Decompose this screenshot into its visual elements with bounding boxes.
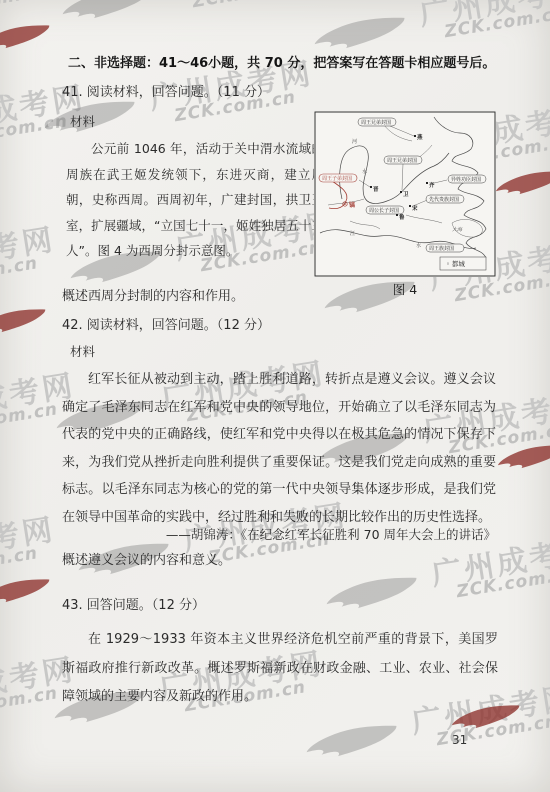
svg-text:周王兄弟封国: 周王兄弟封国 xyxy=(361,119,391,126)
svg-text:◦ 都城: ◦ 都城 xyxy=(446,259,465,268)
city-marker: 宋 xyxy=(409,204,418,212)
q41-material-label: 材料 xyxy=(70,114,95,129)
svg-text:晋: 晋 xyxy=(373,185,379,193)
q42-question: 概述遵义会议的内容和意义。 xyxy=(62,553,231,569)
watermark-site-url: ZCK.com.cn xyxy=(192,0,336,11)
leader-line xyxy=(390,126,414,136)
map-label-box: 异姓功臣封国 xyxy=(448,175,486,183)
map-label-box: 周王兄弟封国 xyxy=(384,156,422,164)
watermark: 广州成考网ZCK.com.cn xyxy=(0,225,59,294)
map-western-zhou-fengjian: 周王兄弟封国 周王兄弟封国 周王子弟封国 异姓功臣封国 先代贵族封国 周公长子封… xyxy=(314,111,496,277)
watermark-site-url: ZCK.com.cn xyxy=(0,252,59,291)
watermark-site-name: 广州成考网 xyxy=(0,0,65,9)
watermark-site-name: 广州成考网 xyxy=(0,225,57,280)
svg-text:周王子弟封国: 周王子弟封国 xyxy=(322,175,352,182)
swoosh-logo-icon xyxy=(314,570,430,619)
city-marker: 燕 xyxy=(414,133,423,141)
q42-title: 42. 阅读材料，回答问题。（12 分） xyxy=(62,318,270,334)
svg-text:异姓功臣封国: 异姓功臣封国 xyxy=(451,176,481,183)
watermark: 广州成考网ZCK.com.cn xyxy=(166,0,336,15)
watermark-site-url: ZCK.com.cn xyxy=(0,0,67,19)
red-swoosh-logo-icon xyxy=(0,21,53,56)
svg-text:卫: 卫 xyxy=(403,190,409,198)
svg-text:镐: 镐 xyxy=(348,201,355,209)
leader-line xyxy=(359,180,370,187)
svg-text:燕: 燕 xyxy=(417,133,423,141)
red-swoosh-logo-icon xyxy=(493,167,550,202)
map-label-box: 周公长子封国 xyxy=(366,206,404,214)
svg-text:齐: 齐 xyxy=(429,181,435,189)
watermark-site-name: 广州成考网 xyxy=(166,0,334,1)
river-label: 水 xyxy=(362,168,367,175)
leader-line xyxy=(402,164,403,190)
figure-caption: 图 4 xyxy=(314,280,496,298)
q41-question: 概述西周分封制的内容和作用。 xyxy=(62,289,244,305)
watermark-site-name: 广州成考网 xyxy=(430,535,550,590)
q43-text: 在 1929～1933 年资本主义世界经济危机空前严重的背景下，美国罗斯福政府推… xyxy=(62,626,498,712)
watermark: 广州成考网ZCK.com.cn xyxy=(0,0,67,23)
city-marker: 鲁 xyxy=(396,213,405,221)
q42-material-text: 红军长征从被动到主动，踏上胜利道路，转折点是遵义会议。遵义会议确定了毛泽东同志在… xyxy=(62,366,496,531)
map-coastline xyxy=(434,117,486,258)
red-swoosh-logo-icon xyxy=(495,441,550,476)
watermark-site-name: 广州成考网 xyxy=(418,0,550,31)
section-header: 二、非选择题：41～46小题，共 70 分，把答案写在答题卡相应题号后。 xyxy=(68,56,498,72)
city-marker: 晋 xyxy=(370,185,379,193)
svg-text:周王兄弟封国: 周王兄弟封国 xyxy=(387,157,417,164)
sea-label: 大海 xyxy=(452,226,463,233)
red-swoosh-logo-icon xyxy=(0,575,53,610)
q43-title: 43. 回答问题。（12 分） xyxy=(62,598,205,614)
q41-title: 41. 阅读材料，回答问题。（11 分） xyxy=(62,85,270,101)
svg-text:周王族封国: 周王族封国 xyxy=(429,245,454,252)
watermark: 广州成考网ZCK.com.cn xyxy=(0,515,59,584)
red-swoosh-logo-icon xyxy=(0,305,49,340)
svg-text:周公长子封国: 周公长子封国 xyxy=(369,207,399,214)
city-marker: 卫 xyxy=(400,190,409,198)
figure-map-western-zhou: 周王兄弟封国 周王兄弟封国 周王子弟封国 异姓功臣封国 先代贵族封国 周公长子封… xyxy=(314,111,496,298)
river-label: 江 xyxy=(350,230,355,237)
watermark-site-url: ZCK.com.cn xyxy=(0,542,59,581)
svg-text:宋: 宋 xyxy=(412,204,418,212)
river-label: 河 xyxy=(352,138,357,145)
q42-material-label: 材料 xyxy=(70,344,95,359)
page-number: 31 xyxy=(452,733,467,747)
map-legend: ◦ 都城 xyxy=(440,257,486,270)
swoosh-logo-icon xyxy=(294,718,410,767)
map-label-box: 先代贵族封国 xyxy=(426,195,464,203)
scanned-exam-page: 广州成考网ZCK.com.cn广州成考网ZCK.com.cn广州成考网ZCK.c… xyxy=(0,0,550,792)
map-label-box: 周王兄弟封国 xyxy=(358,118,396,126)
swoosh-logo-icon xyxy=(302,10,418,59)
watermark-site-url: ZCK.com.cn xyxy=(456,562,550,601)
watermark: 广州成考网ZCK.com.cn xyxy=(430,535,550,604)
map-huai-river xyxy=(406,215,442,223)
svg-text:先代贵族封国: 先代贵族封国 xyxy=(429,196,459,203)
map-label-box-red: 周王子弟封国 xyxy=(319,174,357,182)
watermark-site-name: 广州成考网 xyxy=(0,515,57,570)
map-label-box: 周王族封国 xyxy=(426,244,464,252)
watermark-site-url: ZCK.com.cn xyxy=(444,2,550,41)
q41-material-text: 公元前 1046 年，活动于关中渭水流域的周族在武王姬发统领下，东进灭商，建立周… xyxy=(66,136,324,264)
q42-source: ——胡锦涛：《在纪念红军长征胜利 70 周年大会上的讲话》 xyxy=(62,527,496,542)
river-label: 水 xyxy=(416,242,421,249)
city-marker: 齐 xyxy=(426,181,435,189)
watermark: 广州成考网ZCK.com.cn xyxy=(418,0,550,45)
svg-text:鲁: 鲁 xyxy=(399,213,405,221)
swoosh-logo-icon xyxy=(50,0,166,29)
capital-marker: 镐 xyxy=(343,201,355,209)
